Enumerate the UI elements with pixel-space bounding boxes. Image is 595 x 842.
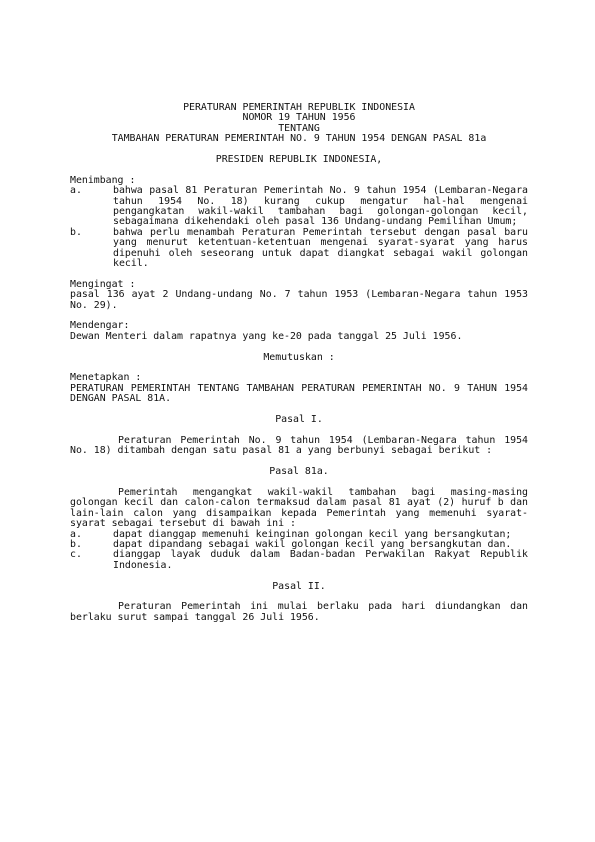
item-marker: b. (70, 228, 113, 270)
item-text: bahwa pasal 81 Peraturan Pemerintah No. … (113, 186, 528, 228)
pasal-81a-text: Pemerintah mengangkat wakil-wakil tambah… (70, 488, 528, 530)
pasal-1-title: Pasal I. (70, 415, 528, 425)
item-marker: a. (70, 186, 113, 228)
pasal-81a-item-c: c. dianggap layak duduk dalam Badan-bada… (70, 550, 528, 571)
pasal-1-text: Peraturan Pemerintah No. 9 tahun 1954 (L… (70, 436, 528, 457)
pasal-81a-title: Pasal 81a. (70, 467, 528, 477)
pasal-2-text: Peraturan Pemerintah ini mulai berlaku p… (70, 602, 528, 623)
title-line-4: TAMBAHAN PERATURAN PEMERINTAH NO. 9 TAHU… (70, 134, 528, 144)
president-heading: PRESIDEN REPUBLIK INDONESIA, (70, 155, 528, 165)
memutuskan-heading: Memutuskan : (70, 353, 528, 363)
document-page: PERATURAN PEMERINTAH REPUBLIK INDONESIA … (70, 103, 528, 623)
pasal-2-title: Pasal II. (70, 582, 528, 592)
item-marker: c. (70, 550, 113, 571)
menetapkan-text: PERATURAN PEMERINTAH TENTANG TAMBAHAN PE… (70, 384, 528, 405)
menimbang-item-b: b. bahwa perlu menambah Peraturan Pemeri… (70, 228, 528, 270)
item-text: bahwa perlu menambah Peraturan Pemerinta… (113, 228, 528, 270)
mengingat-text: pasal 136 ayat 2 Undang-undang No. 7 tah… (70, 290, 528, 311)
mendengar-text: Dewan Menteri dalam rapatnya yang ke-20 … (70, 332, 528, 342)
menimbang-item-a: a. bahwa pasal 81 Peraturan Pemerintah N… (70, 186, 528, 228)
item-text: dianggap layak duduk dalam Badan-badan P… (113, 550, 528, 571)
